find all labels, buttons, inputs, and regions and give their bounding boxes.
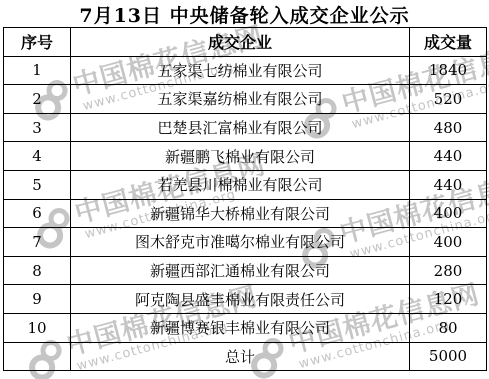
volume-cell: 400 (410, 199, 487, 228)
volume-cell: 440 (410, 170, 487, 199)
table-row: 9阿克陶县盛丰棉业有限责任公司120 (4, 285, 487, 314)
company-name-cell: 新疆西部汇通棉业有限公司 (71, 256, 410, 285)
volume-cell: 280 (410, 256, 487, 285)
company-name-cell: 若羌县川棉棉业有限公司 (71, 170, 410, 199)
row-index-cell: 7 (4, 228, 71, 257)
volume-cell: 400 (410, 228, 487, 257)
company-name-cell: 巴楚县汇富棉业有限公司 (71, 113, 410, 142)
volume-cell: 120 (410, 285, 487, 314)
table-row: 3巴楚县汇富棉业有限公司480 (4, 113, 487, 142)
company-name-cell: 新疆博赛银丰棉业有限公司 (71, 313, 410, 342)
table-row: 8新疆西部汇通棉业有限公司280 (4, 256, 487, 285)
table-row: 4新疆鹏飞棉业有限公司440 (4, 142, 487, 171)
header-cell-index: 序号 (4, 28, 71, 57)
announcement-table: 序号 成交企业 成交量 1五家渠七纺棉业有限公司18402五家渠嘉纺棉业有限公司… (3, 27, 487, 371)
row-index-cell: 6 (4, 199, 71, 228)
company-name-cell: 五家渠嘉纺棉业有限公司 (71, 85, 410, 114)
company-name-cell: 图木舒克市准噶尔棉业有限公司 (71, 228, 410, 257)
row-index-cell: 3 (4, 113, 71, 142)
total-row: 总计5000 (4, 342, 487, 371)
company-name-cell: 新疆鹏飞棉业有限公司 (71, 142, 410, 171)
row-index-cell: 10 (4, 313, 71, 342)
table-body: 1五家渠七纺棉业有限公司18402五家渠嘉纺棉业有限公司5203巴楚县汇富棉业有… (4, 56, 487, 371)
company-name-cell: 新疆锦华大桥棉业有限公司 (71, 199, 410, 228)
table-row: 10新疆博赛银丰棉业有限公司80 (4, 313, 487, 342)
header-cell-company: 成交企业 (71, 28, 410, 57)
volume-cell: 520 (410, 85, 487, 114)
volume-cell: 80 (410, 313, 487, 342)
table-row: 7图木舒克市准噶尔棉业有限公司400 (4, 228, 487, 257)
volume-cell: 1840 (410, 56, 487, 85)
table-row: 5若羌县川棉棉业有限公司440 (4, 170, 487, 199)
announcement-page: 中国棉花信息网 www.cottonchina.org 中国棉花信息网 www.… (0, 0, 489, 379)
page-title: 7月13日 中央储备轮入成交企业公示 (0, 1, 489, 28)
row-index-cell: 4 (4, 142, 71, 171)
volume-cell: 440 (410, 142, 487, 171)
table-header-row: 序号 成交企业 成交量 (4, 28, 487, 57)
row-index-cell: 1 (4, 56, 71, 85)
row-index-cell: 8 (4, 256, 71, 285)
row-index-cell: 9 (4, 285, 71, 314)
company-name-cell: 五家渠七纺棉业有限公司 (71, 56, 410, 85)
row-index-cell: 5 (4, 170, 71, 199)
total-volume-cell: 5000 (410, 342, 487, 371)
header-cell-volume: 成交量 (410, 28, 487, 57)
total-index-cell (4, 342, 71, 371)
table-row: 1五家渠七纺棉业有限公司1840 (4, 56, 487, 85)
volume-cell: 480 (410, 113, 487, 142)
table-row: 6新疆锦华大桥棉业有限公司400 (4, 199, 487, 228)
table-row: 2五家渠嘉纺棉业有限公司520 (4, 85, 487, 114)
row-index-cell: 2 (4, 85, 71, 114)
company-name-cell: 阿克陶县盛丰棉业有限责任公司 (71, 285, 410, 314)
total-label-cell: 总计 (71, 342, 410, 371)
